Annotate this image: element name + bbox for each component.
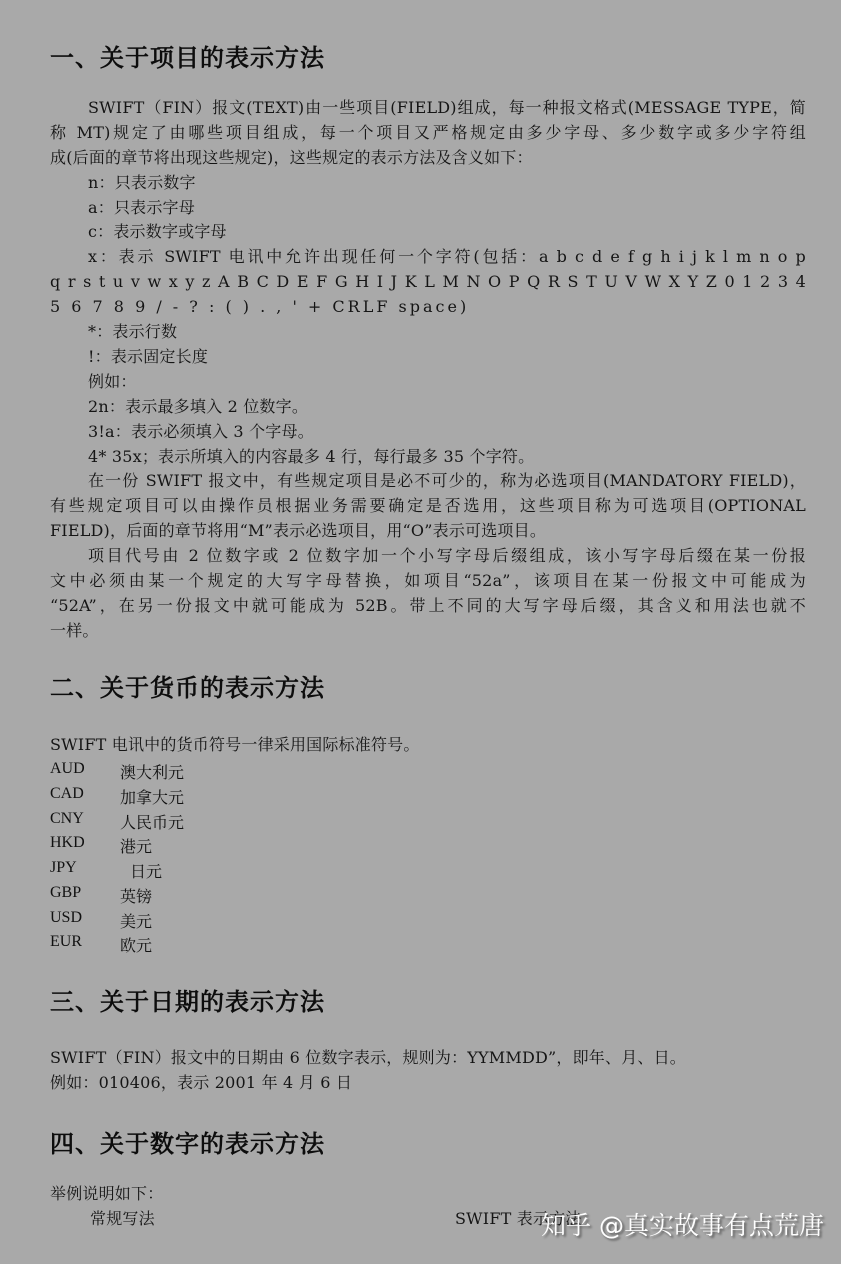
section-3-title: 三、关于日期的表示方法 <box>50 982 325 1017</box>
currency-name: 日元 <box>130 859 162 882</box>
section-2-intro: SWIFT 电讯中的货币符号一律采用国际标准符号。 <box>50 735 420 755</box>
currency-name: 美元 <box>120 909 152 932</box>
code-line-1: 项目代号由 2 位数字或 2 位数字加一个小写字母后缀组成，该小写字母后缀在某一… <box>88 546 806 566</box>
currency-name: 欧元 <box>120 933 152 956</box>
section-3-line-2: 例如：010406，表示 2001 年 4 月 6 日 <box>50 1073 352 1093</box>
code-line-4: 一样。 <box>50 621 99 641</box>
section-1-intro-line-2: 称 MT)规定了由哪些项目组成，每一个项目又严格规定由多少字母、多少数字或多少字… <box>50 123 806 143</box>
currency-row: EUR 欧元 <box>0 933 300 955</box>
code-line-2: 文中必须由某一个规定的大写字母替换，如项目“52a”，该项目在某一份报文中可能成… <box>50 571 806 591</box>
definition-c: c：表示数字或字母 <box>88 222 227 242</box>
currency-code: USD <box>50 909 110 927</box>
charset-line-1: q r s t u v w x y z A B C D E F G H I J … <box>50 272 806 292</box>
currency-code: GBP <box>50 884 110 902</box>
section-4-title: 四、关于数字的表示方法 <box>50 1124 325 1159</box>
section-1-intro-line-1: SWIFT（FIN）报文(TEXT)由一些项目(FIELD)组成，每一种报文格式… <box>50 98 806 118</box>
section-3-line-1: SWIFT（FIN）报文中的日期由 6 位数字表示，规则为：YYMMDD”，即年… <box>50 1048 686 1068</box>
section-2-title: 二、关于货币的表示方法 <box>50 668 325 703</box>
currency-row: AUD 澳大利元 <box>0 760 300 782</box>
definition-bang: !：表示固定长度 <box>88 347 208 367</box>
section-1-title: 一、关于项目的表示方法 <box>50 38 325 73</box>
currency-code: CAD <box>50 785 110 803</box>
currency-name: 港元 <box>120 834 152 857</box>
mandatory-line-1: 在一份 SWIFT 报文中，有些规定项目是必不可少的，称为必选项目(MANDAT… <box>88 471 806 491</box>
currency-code: HKD <box>50 834 110 852</box>
mandatory-line-2: 有些规定项目可以由操作员根据业务需要确定是否选用，这些项目称为可选项目(OPTI… <box>50 496 806 516</box>
currency-row: CNY 人民币元 <box>0 810 300 832</box>
definition-star: *：表示行数 <box>88 322 177 342</box>
currency-row: GBP 英镑 <box>0 884 300 906</box>
zhihu-watermark: 知乎 @真实故事有点荒唐 <box>541 1206 824 1242</box>
example-4-35x: 4* 35x；表示所填入的内容最多 4 行，每行最多 35 个字符。 <box>88 447 534 467</box>
definition-a: a：只表示字母 <box>88 198 195 218</box>
currency-name: 人民币元 <box>120 810 184 833</box>
currency-row: HKD 港元 <box>0 834 300 856</box>
column-header-conventional: 常规写法 <box>90 1209 155 1229</box>
section-4-intro: 举例说明如下： <box>50 1184 163 1204</box>
currency-code: AUD <box>50 760 110 778</box>
currency-name: 澳大利元 <box>120 760 184 783</box>
currency-row: CAD 加拿大元 <box>0 785 300 807</box>
currency-code: JPY <box>50 859 110 877</box>
definition-x: x：表示 SWIFT 电讯中允许出现任何一个字符(包括：a b c d e f … <box>88 247 806 267</box>
currency-name: 英镑 <box>120 884 152 907</box>
document-page: 一、关于项目的表示方法 SWIFT（FIN）报文(TEXT)由一些项目(FIEL… <box>0 0 841 1264</box>
currency-code: EUR <box>50 933 110 951</box>
currency-code: CNY <box>50 810 110 828</box>
example-2n: 2n：表示最多填入 2 位数字。 <box>88 397 308 417</box>
code-line-3: “52A”，在另一份报文中就可能成为 52B。带上不同的大写字母后缀，其含义和用… <box>50 596 806 616</box>
currency-row: JPY 日元 <box>0 859 300 881</box>
example-3a: 3!a：表示必须填入 3 个字母。 <box>88 422 314 442</box>
mandatory-line-3: FIELD)，后面的章节将用“M”表示必选项目，用“O”表示可选项目。 <box>50 521 546 541</box>
charset-line-2: 5 6 7 8 9 / - ? : ( ) . , ' + CRLF space… <box>50 297 469 317</box>
definition-n: n：只表示数字 <box>88 173 196 193</box>
example-label: 例如： <box>88 372 137 392</box>
section-1-intro-line-3: 成(后面的章节将出现这些规定)，这些规定的表示方法及含义如下： <box>50 148 533 168</box>
currency-name: 加拿大元 <box>120 785 184 808</box>
currency-row: USD 美元 <box>0 909 300 931</box>
